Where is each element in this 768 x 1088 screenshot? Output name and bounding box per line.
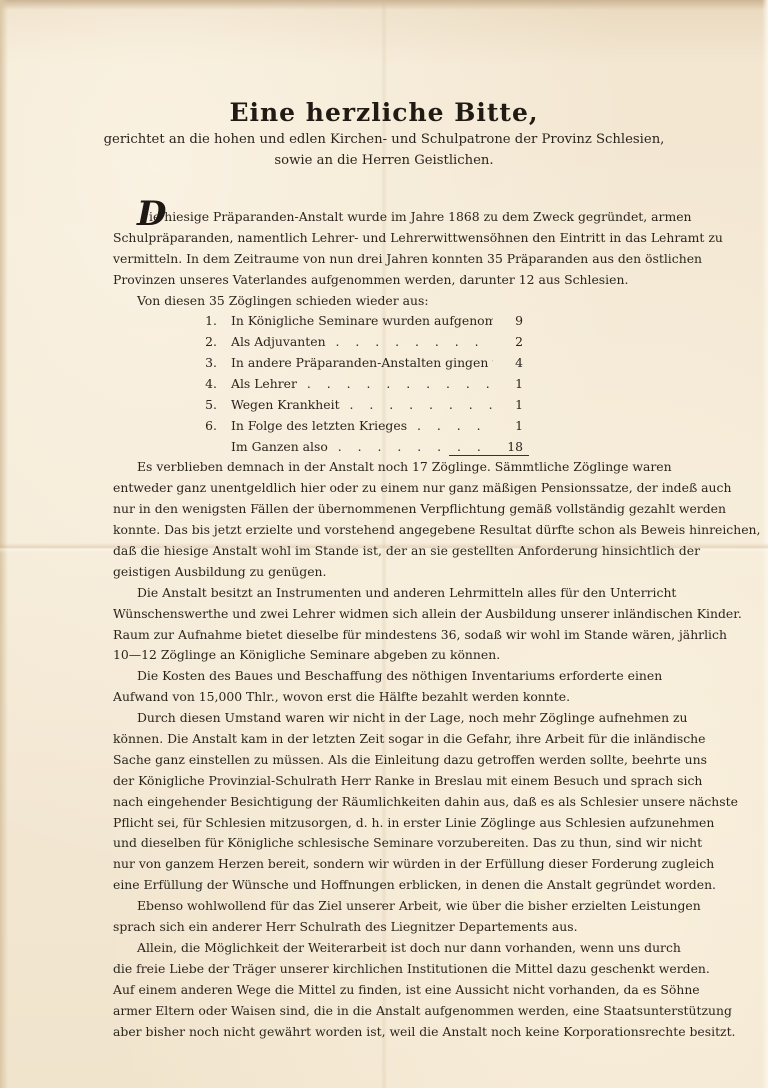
tally-row: 2. Als Adjuvanten . . . . . . . . . . . … [193,332,523,353]
tally-row: 1. In Königliche Seminare wurden aufgeno… [193,311,523,332]
text-line: können. Die Anstalt kam in der letzten Z… [113,729,610,750]
text-line: entweder ganz unentgeldlich hier oder zu… [113,478,610,499]
text-line: aber bisher noch nicht gewährt worden is… [113,1022,610,1043]
paragraph-founding: D ie hiesige Präparanden-Anstalt wurde i… [113,207,610,311]
document-subtitle-line2: sowie an die Herren Geistlichen. [0,153,768,168]
text-line: Die Kosten des Baues und Beschaffung des… [113,666,610,687]
text-line: der Königliche Provinzial-Schulrath Herr… [113,771,610,792]
text-line: Aufwand von 15,000 Thlr., wovon erst die… [113,687,610,708]
text-line: daß die hiesige Anstalt wohl im Stande i… [113,541,610,562]
text-line: Auf einem anderen Wege die Mittel zu fin… [113,980,610,1001]
text-line: armer Eltern oder Waisen sind, die in di… [113,1001,610,1022]
document-title: Eine herzliche Bitte, [0,98,768,127]
text-line: nur in den wenigsten Fällen der übernomm… [113,499,610,520]
text-line: Schulpräparanden, namentlich Lehrer- und… [113,228,610,249]
text-line: Die Anstalt besitzt an Instrumenten und … [113,583,610,604]
text-line: 10—12 Zöglinge an Königliche Seminare ab… [113,645,610,666]
text-line: die freie Liebe der Träger unserer kirch… [113,959,610,980]
tally-row: 3. In andere Präparanden-Anstalten ginge… [193,353,523,374]
departure-tally-table: 1. In Königliche Seminare wurden aufgeno… [113,311,610,478]
text-line: geistigen Ausbildung zu genügen. [113,562,610,583]
text-line: Durch diesen Umstand waren wir nicht in … [113,708,610,729]
paragraph-costs: Die Kosten des Baues und Beschaffung des… [113,666,610,708]
paragraph-appeal: Allein, die Möglichkeit der Weiterarbeit… [113,938,610,1042]
document-body: D ie hiesige Präparanden-Anstalt wurde i… [113,207,610,1042]
text-line: und dieselben für Königliche schlesische… [113,833,610,854]
text-line: vermitteln. In dem Zeitraume von nun dre… [113,249,610,270]
tally-row: 5. Wegen Krankheit . . . . . . . . . . 1 [193,395,523,416]
tally-total-row: Im Ganzen also . . . . . . . . . . . 18 [231,437,523,458]
document-subtitle-line1: gerichtet an die hohen und edlen Kirchen… [0,132,768,147]
drop-cap: D [137,197,166,231]
text-line: sprach sich ein anderer Herr Schulrath d… [113,917,610,938]
paragraph-schulrath-visit: Durch diesen Umstand waren wir nicht in … [113,708,610,896]
text-line: Allein, die Möglichkeit der Weiterarbeit… [113,938,610,959]
text-line: konnte. Das bis jetzt erzielte und vorst… [113,520,610,541]
text-line: eine Erfüllung der Wünsche und Hoffnunge… [113,875,610,896]
tally-row: 6. In Folge des letzten Krieges . . . . … [193,416,523,437]
text-line: Provinzen unseres Vaterlandes aufgenomme… [113,270,610,291]
tally-intro: Von diesen 35 Zöglingen schieden wieder … [113,291,610,312]
text-line: Sache ganz einstellen zu müssen. Als die… [113,750,610,771]
tally-row: 4. Als Lehrer . . . . . . . . . . . . . … [193,374,523,395]
document-page: Eine herzliche Bitte, gerichtet an die h… [0,0,768,1088]
text-line: Ebenso wohlwollend für das Ziel unserer … [113,896,610,917]
text-line: Pflicht sei, für Schlesien mitzusorgen, … [113,813,610,834]
text-line: nur von ganzem Herzen bereit, sondern wi… [113,854,610,875]
paragraph-facilities: Die Anstalt besitzt an Instrumenten und … [113,583,610,667]
text-line: nach eingehender Besichtigung der Räumli… [113,792,610,813]
text-line: D ie hiesige Präparanden-Anstalt wurde i… [113,207,610,228]
text-line: Wünschenswerthe und zwei Lehrer widmen s… [113,604,610,625]
paragraph-liegnitz: Ebenso wohlwollend für das Ziel unserer … [113,896,610,938]
text-line: Raum zur Aufnahme bietet dieselbe für mi… [113,625,610,646]
